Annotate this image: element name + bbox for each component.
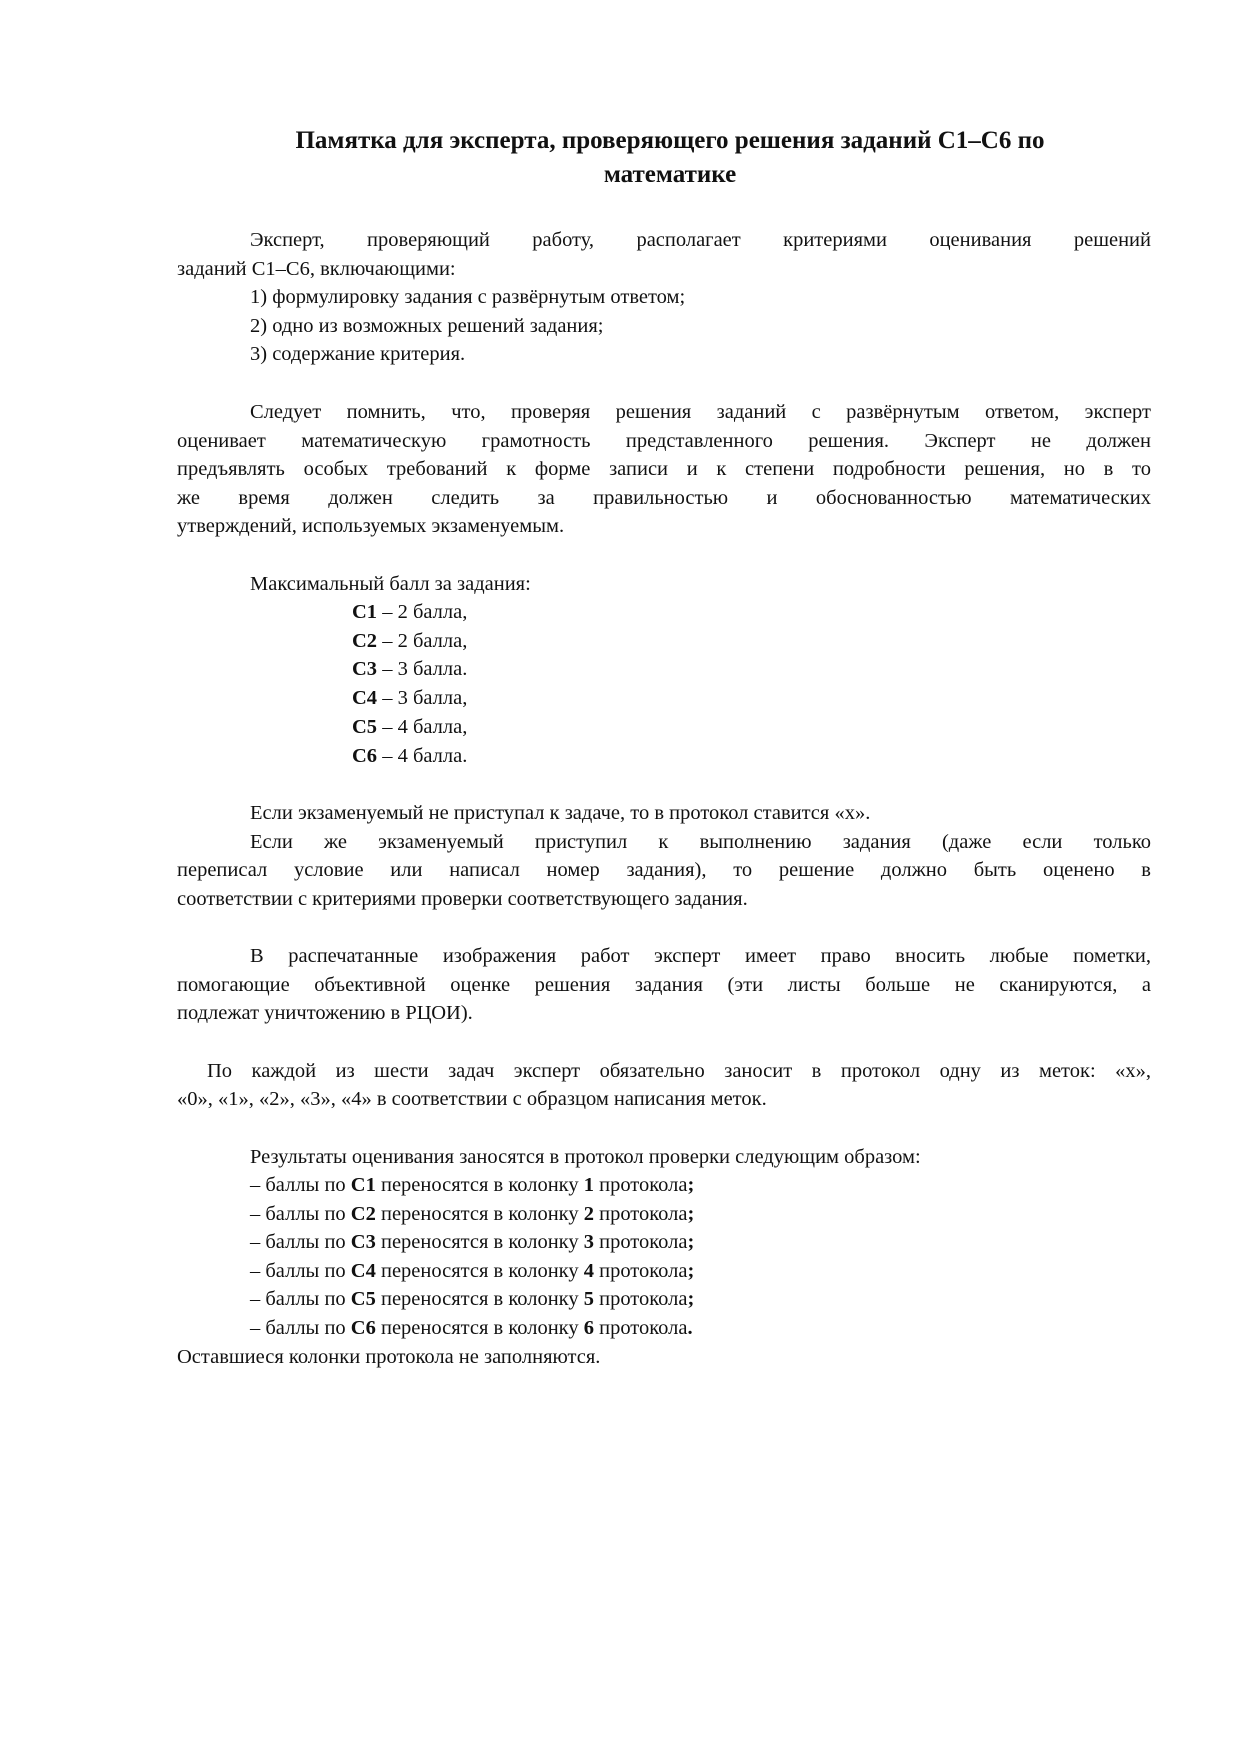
paragraph4-line-1: В распечатанные изображения работ экспер… [250,942,1151,971]
task-label: С5 [351,1288,376,1310]
results-end: ; [687,1260,694,1282]
results-prefix: – баллы по [250,1288,351,1310]
score-text: – 3 балла, [377,687,467,709]
paragraph2-line-1: Следует помнить, что, проверяя решения з… [250,398,1151,427]
results-item: – баллы по С6 переносятся в колонку 6 пр… [250,1314,693,1343]
title-line-1: Памятка для эксперта, проверяющего решен… [200,124,1140,158]
results-end: ; [687,1288,694,1310]
paragraph2-line-5: утверждений, используемых экзаменуемым. [177,512,564,541]
column-number: 6 [584,1317,594,1339]
results-end: ; [687,1174,694,1196]
results-suffix: протокола [594,1288,688,1310]
task-label: С1 [351,1174,376,1196]
column-number: 5 [584,1288,594,1310]
results-prefix: – баллы по [250,1203,351,1225]
results-end: ; [687,1203,694,1225]
paragraph3-line-3: переписал условие или написал номер зада… [177,856,1151,885]
results-item: – баллы по С2 переносятся в колонку 2 пр… [250,1200,694,1229]
results-end: ; [687,1231,694,1253]
paragraph2-line-2: оценивает математическую грамотность пре… [177,427,1151,456]
task-label: С4 [352,687,377,709]
document-title: Памятка для эксперта, проверяющего решен… [200,124,1140,192]
paragraph2-line-3: предъявлять особых требований к форме за… [177,455,1151,484]
paragraph4-line-3: подлежат уничтожению в РЦОИ). [177,999,473,1028]
score-text: – 3 балла. [377,658,467,680]
intro-line-1: Эксперт, проверяющий работу, располагает… [250,226,1151,255]
title-line-2: математике [200,158,1140,192]
task-label: С6 [351,1317,376,1339]
results-heading: Результаты оценивания заносятся в проток… [250,1143,921,1172]
intro-item-1: 1) формулировку задания с развёрнутым от… [250,283,685,312]
score-text: – 2 балла, [377,601,467,623]
results-suffix: протокола [594,1317,688,1339]
results-footer: Оставшиеся колонки протокола не заполняю… [177,1343,600,1372]
results-middle: переносятся в колонку [376,1174,584,1196]
paragraph2-line-4: же время должен следить за правильностью… [177,484,1151,513]
max-score-item: С5 – 4 балла, [352,713,467,742]
results-prefix: – баллы по [250,1260,351,1282]
task-label: С4 [351,1260,376,1282]
max-score-item: С1 – 2 балла, [352,598,467,627]
results-prefix: – баллы по [250,1174,351,1196]
task-label: С1 [352,601,377,623]
paragraph3-line-2: Если же экзаменуемый приступил к выполне… [250,828,1151,857]
results-middle: переносятся в колонку [376,1288,584,1310]
intro-line-2: заданий С1–С6, включающими: [177,255,456,284]
results-item: – баллы по С3 переносятся в колонку 3 пр… [250,1228,694,1257]
column-number: 2 [584,1203,594,1225]
intro-item-3: 3) содержание критерия. [250,340,465,369]
results-end: . [687,1317,692,1339]
paragraph3-line-4: соответствии с критериями проверки соотв… [177,885,748,914]
score-text: – 2 балла, [377,630,467,652]
results-item: – баллы по С1 переносятся в колонку 1 пр… [250,1171,694,1200]
column-number: 4 [584,1260,594,1282]
results-suffix: протокола [594,1174,688,1196]
document-page: Памятка для эксперта, проверяющего решен… [0,0,1239,1754]
intro-item-2: 2) одно из возможных решений задания; [250,312,604,341]
max-score-item: С6 – 4 балла. [352,742,467,771]
results-item: – баллы по С5 переносятся в колонку 5 пр… [250,1285,694,1314]
task-label: С3 [352,658,377,680]
task-label: С2 [352,630,377,652]
paragraph5-line-1: По каждой из шести задач эксперт обязате… [207,1057,1151,1086]
results-middle: переносятся в колонку [376,1317,584,1339]
task-label: С3 [351,1231,376,1253]
column-number: 1 [584,1174,594,1196]
results-prefix: – баллы по [250,1317,351,1339]
paragraph3-line-1: Если экзаменуемый не приступал к задаче,… [250,799,870,828]
max-score-item: С4 – 3 балла, [352,684,467,713]
results-suffix: протокола [594,1260,688,1282]
results-middle: переносятся в колонку [376,1231,584,1253]
max-score-item: С2 – 2 балла, [352,627,467,656]
max-score-item: С3 – 3 балла. [352,655,467,684]
max-scores-heading: Максимальный балл за задания: [250,570,531,599]
task-label: С6 [352,745,377,767]
results-prefix: – баллы по [250,1231,351,1253]
column-number: 3 [584,1231,594,1253]
paragraph4-line-2: помогающие объективной оценке решения за… [177,971,1151,1000]
task-label: С5 [352,716,377,738]
paragraph5-line-2: «0», «1», «2», «3», «4» в соответствии с… [177,1085,767,1114]
task-label: С2 [351,1203,376,1225]
results-middle: переносятся в колонку [376,1260,584,1282]
results-item: – баллы по С4 переносятся в колонку 4 пр… [250,1257,694,1286]
results-middle: переносятся в колонку [376,1203,584,1225]
results-suffix: протокола [594,1203,688,1225]
score-text: – 4 балла. [377,745,467,767]
results-suffix: протокола [594,1231,688,1253]
score-text: – 4 балла, [377,716,467,738]
